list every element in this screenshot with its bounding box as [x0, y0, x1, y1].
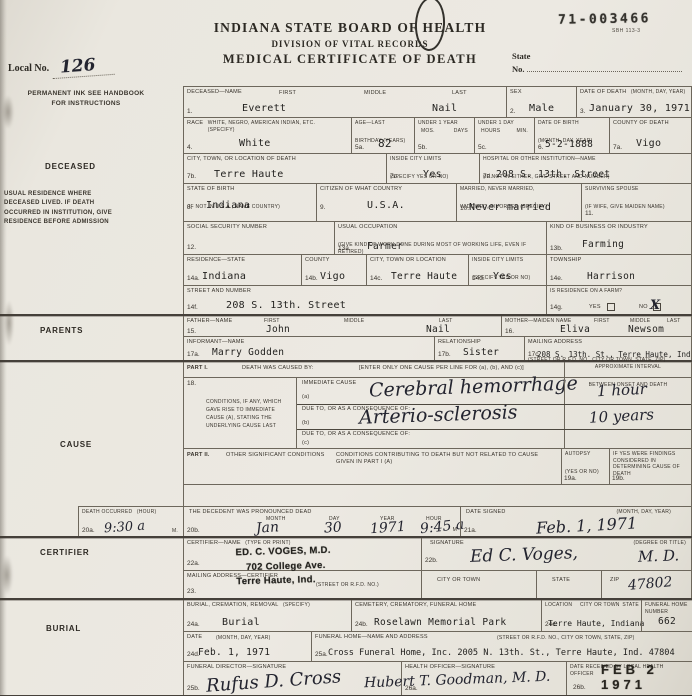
min-label: MIN. [516, 128, 528, 135]
field-num: 14g. [550, 304, 563, 311]
middle-col-label: MIDDLE [364, 90, 386, 97]
last-col-label: LAST [667, 318, 681, 325]
field-num: 14a. [187, 275, 200, 282]
field-num: 24a. [187, 621, 200, 628]
res-city-label: CITY, TOWN OR LOCATION [370, 257, 446, 264]
age-label: AGE—LAST [355, 120, 385, 127]
field-num: 7a. [613, 144, 622, 151]
cause-b-handwriting: Arterio-sclerosis [359, 401, 518, 429]
last-col-label: LAST [452, 90, 467, 97]
industry-label: KIND OF BUSINESS OR INDUSTRY [550, 224, 648, 231]
field-date-of-birth: DATE OF BIRTH (MONTH, DAY, YEAR) 6. 5-2-… [534, 118, 609, 153]
field-burial-location: LOCATION CITY OR TOWN STATE 24c. Terre H… [541, 600, 641, 631]
informant-label: INFORMANT—NAME [187, 339, 245, 346]
field-cemetery: CEMETERY, CREMATORY, FUNERAL HOME 24b. R… [351, 600, 541, 631]
field-num: 9. [320, 204, 325, 211]
father-last-value: Nail [426, 324, 450, 335]
field-race: RACE WHITE, NEGRO, AMERICAN INDIAN, ETC.… [184, 118, 351, 153]
certifier-address-stamp: ED. C. VOGES, M.D. 702 College Ave. Terr… [235, 544, 331, 591]
field-num: 8. [187, 204, 192, 211]
location-city-label: CITY OR TOWN [580, 602, 620, 609]
deceased-fields: DECEASED—NAME FIRST MIDDLE LAST 1. Evere… [183, 86, 692, 314]
row-residence: RESIDENCE—STATE 14a. Indiana COUNTY 14b.… [184, 254, 691, 285]
inside-city-label: INSIDE CITY LIMITS [390, 156, 441, 163]
middle-col-label: MIDDLE [344, 318, 364, 325]
spouse-label: SURVIVING SPOUSE [585, 186, 639, 193]
field-township: TOWNSHIP 14e. Harrison [546, 255, 691, 285]
margin-parents: PARENTS [0, 316, 183, 360]
field-num: 15. [187, 328, 196, 335]
part2-label: PART II. [187, 452, 210, 459]
cause-b-cell: DUE TO, OR AS A CONSEQUENCE OF: (b) Arte… [297, 405, 564, 430]
field-funeral-home: FUNERAL HOME—NAME AND ADDRESS (STREET OR… [311, 632, 692, 661]
field-inside-city-limits: INSIDE CITY LIMITS (SPECIFY YES OR NO) 7… [386, 154, 479, 183]
section-deceased: PERMANENT INK SEE HANDBOOK FOR INSTRUCTI… [0, 86, 692, 314]
field-deceased-name: DECEASED—NAME FIRST MIDDLE LAST 1. Evere… [184, 87, 506, 117]
pronounced-dead-label: THE DECEDENT WAS PRONOUNCED DEAD [189, 509, 312, 516]
burial-type-label2: (SPECIFY) [283, 602, 310, 609]
part2-note: CONDITIONS CONTRIBUTING TO DEATH BUT NOT… [336, 452, 546, 466]
cause-conditions-cell: 18. CONDITIONS, IF ANY, WHICH GAVE RISE … [184, 378, 296, 448]
field-num: 19b. [612, 475, 625, 482]
marital-label: MARRIED, NEVER MARRIED, [460, 186, 535, 193]
mailing-value: 208 S. 13th. St., Terre Haute, Ind. [537, 350, 692, 359]
margin-label-burial: BURIAL [46, 624, 81, 633]
cause-a-cell: IMMEDIATE CAUSE (a) Cerebral hemorrhage [297, 378, 564, 404]
year-handwriting: 1971 [369, 519, 406, 537]
field-pronounced-dead: THE DECEDENT WAS PRONOUNCED DEAD 20b. MO… [183, 506, 460, 536]
state-birth-label: STATE OF BIRTH [187, 186, 235, 193]
cause-line-c: DUE TO, OR AS A CONSEQUENCE OF: (c) [297, 430, 691, 448]
day-handwriting: 30 [323, 519, 342, 536]
cause-line-b: DUE TO, OR AS A CONSEQUENCE OF: (b) Arte… [297, 405, 691, 431]
local-no-value: 126 [51, 54, 114, 79]
field-num: 14f. [187, 304, 198, 311]
cemetery-value: Roselawn Memorial Park [374, 617, 506, 628]
field-mother-name: MOTHER—MAIDEN NAME FIRST MIDDLE LAST 16.… [501, 316, 691, 336]
first-col-label: FIRST [279, 90, 296, 97]
zip-handwriting: 47802 [627, 574, 673, 594]
dob-value: 5-2-1888 [545, 139, 593, 150]
row-street-farm: STREET AND NUMBER 14f. 208 S. 13th. Stre… [184, 285, 691, 314]
permanent-ink-note: PERMANENT INK SEE HANDBOOK FOR INSTRUCTI… [22, 89, 150, 109]
margin-burial: BURIAL [0, 600, 183, 695]
field-health-officer: HEALTH OFFICER—SIGNATURE 26a. Hubert T. … [401, 662, 566, 695]
margin-label-cause: CAUSE [60, 440, 92, 449]
field-part2: PART II. OTHER SIGNIFICANT CONDITIONS CO… [184, 449, 561, 484]
meridiem-label: M. [172, 528, 178, 535]
degree-handwriting: M. D. [638, 546, 680, 565]
field-marital-status: MARRIED, NEVER MARRIED, WIDOWED, DIVORCE… [456, 184, 581, 221]
line-b-label: (b) [302, 420, 309, 427]
mother-first-value: Eliva [560, 324, 590, 335]
occupation-label: USUAL OCCUPATION [338, 224, 398, 231]
local-no-label: Local No. [8, 63, 49, 74]
field-informant-mailing: MAILING ADDRESS (STREET OR R.F.D. NO., C… [524, 337, 691, 360]
burial-date-label: DATE [187, 634, 202, 641]
row-ssn-occupation: SOCIAL SECURITY NUMBER 12. USUAL OCCUPAT… [184, 221, 691, 254]
field-surviving-spouse: SURVIVING SPOUSE (IF WIFE, GIVE MAIDEN N… [581, 184, 691, 221]
citizen-value: U.S.A. [367, 200, 405, 211]
burial-type-label: BURIAL, CREMATION, REMOVAL [187, 602, 279, 609]
certificate-number-stamp: 71-003466 [558, 11, 651, 28]
row-signatures: FUNERAL DIRECTOR—SIGNATURE 25b. Rufus D.… [184, 661, 692, 695]
relationship-value: Sister [463, 347, 499, 358]
farm-yes-label: YES [589, 304, 601, 311]
first-name-value: Everett [242, 103, 286, 114]
funeral-home-number-value: 662 [658, 616, 676, 627]
part1-label: PART I. [187, 365, 208, 372]
field-certifier-city: CITY OR TOWN [421, 571, 536, 598]
field-num: 24b. [355, 621, 368, 628]
part2-title: OTHER SIGNIFICANT CONDITIONS [226, 452, 325, 459]
division-title: DIVISION OF VITAL RECORDS [175, 39, 525, 49]
row-birth-citizen-marital: STATE OF BIRTH (IF NOT IN U.S.A., NAME C… [184, 183, 691, 221]
inside-city-value: Yes [423, 169, 442, 180]
field-citizen: CITIZEN OF WHAT COUNTRY 9. U.S.A. [316, 184, 456, 221]
field-occupation: USUAL OCCUPATION (GIVE KIND OF WORK DONE… [334, 222, 546, 254]
race-value: White [239, 138, 271, 149]
hours-label: HOURS [481, 128, 500, 135]
row-father-mother: FATHER—NAME FIRST MIDDLE LAST 15. John N… [184, 316, 691, 336]
field-num: 22a. [187, 560, 200, 567]
margin-label-certifier: CERTIFIER [40, 548, 89, 557]
row-city-of-death: CITY, TOWN, OR LOCATION OF DEATH 7b. Ter… [184, 153, 691, 183]
city-death-label: CITY, TOWN, OR LOCATION OF DEATH [187, 156, 296, 163]
township-label: TOWNSHIP [550, 257, 582, 264]
field-under-1-year: UNDER 1 YEAR MOS. DAYS 5b. [414, 118, 474, 153]
county-death-label: COUNTY OF DEATH [613, 120, 669, 127]
form-code: SBH 113-3 [612, 28, 641, 34]
field-num: 14c. [370, 275, 382, 282]
res-county-value: Vigo [320, 271, 345, 282]
field-num: 14e. [550, 275, 563, 282]
row-informant: INFORMANT—NAME 17a. Marry Godden RELATIO… [184, 336, 691, 360]
enter-note: [ENTER ONLY ONE CAUSE PER LINE FOR (a), … [359, 365, 524, 372]
farm-yes-checkbox [607, 303, 615, 311]
month-handwriting: Jan [255, 519, 279, 537]
race-label2: WHITE, NEGRO, AMERICAN INDIAN, ETC. (SPE… [208, 120, 326, 133]
farm-no-label: NO [639, 304, 648, 311]
date-signed-label: DATE SIGNED [466, 509, 506, 516]
caused-by-label: DEATH WAS CAUSED BY: [242, 365, 314, 372]
row-cause-lines: 18. CONDITIONS, IF ANY, WHICH GAVE RISE … [184, 377, 691, 448]
field-industry: KIND OF BUSINESS OR INDUSTRY 13b. Farmin… [546, 222, 691, 254]
mos-label: MOS. [421, 128, 435, 135]
field-num: 20a. [82, 527, 95, 534]
field-num: 25b. [187, 685, 200, 692]
funeral-home-label2: (STREET OR R.F.D. NO., CITY OR TOWN, STA… [497, 635, 635, 642]
cause-lines: IMMEDIATE CAUSE (a) Cerebral hemorrhage … [296, 378, 691, 448]
field-num: 17b. [438, 351, 451, 358]
margin-cause: CAUSE [0, 362, 183, 506]
under-year-label: UNDER 1 YEAR [418, 120, 458, 127]
hospital-label: HOSPITAL OR OTHER INSTITUTION—NAME [483, 156, 596, 163]
field-date-signed: DATE SIGNED (MONTH, DAY, YEAR) 21a. Feb.… [460, 506, 692, 536]
margin-label-parents: PARENTS [40, 326, 83, 335]
margin-certifier: CERTIFIER [0, 538, 183, 598]
res-state-label: RESIDENCE—STATE [187, 257, 245, 264]
mailing-label: MAILING ADDRESS [528, 339, 582, 346]
state-label: State [512, 51, 530, 61]
field-burial-type: BURIAL, CREMATION, REMOVAL (SPECIFY) 24a… [184, 600, 351, 631]
field-residence-inside-city: INSIDE CITY LIMITS (SPECIFY YES OR NO) 1… [468, 255, 546, 285]
field-num: 26b. [573, 684, 586, 691]
cause-fields: PART I. DEATH WAS CAUSED BY: [ENTER ONLY… [183, 362, 692, 506]
field-num: 14b. [305, 275, 318, 282]
field-date-of-death: DATE OF DEATH (MONTH, DAY, YEAR) 3. Janu… [576, 87, 691, 117]
field-burial-date: DATE (MONTH, DAY, YEAR) 24d. Feb. 1, 197… [184, 632, 311, 661]
field-informant: INFORMANT—NAME 17a. Marry Godden [184, 337, 434, 360]
stamp-line2: 702 College Ave. [246, 558, 331, 575]
location-label: LOCATION [545, 602, 572, 609]
local-no: Local No. 126 [8, 56, 113, 77]
field-num: 11. [585, 210, 594, 217]
funeral-home-number-label: FUNERAL HOME NUMBER [645, 602, 689, 615]
field-num: 18. [187, 380, 196, 387]
days-label: DAYS [454, 128, 468, 135]
health-officer-label: HEALTH OFFICER—SIGNATURE [405, 664, 495, 671]
ssn-label: SOCIAL SECURITY NUMBER [187, 224, 267, 231]
certifier-signature-handwriting: Ed C. Voges, [470, 543, 579, 567]
date-signed-handwriting: Feb. 1, 1971 [536, 513, 638, 537]
field-num: 23. [187, 588, 196, 595]
occupation-value: Farmer [367, 241, 403, 252]
marital-value: Never married [469, 202, 551, 213]
state-col-label: STATE [552, 577, 570, 584]
row-certifier-name: CERTIFIER—NAME (TYPE OR PRINT) 23. 22a. … [184, 538, 691, 570]
row-burial-type: BURIAL, CREMATION, REMOVAL (SPECIFY) 24a… [184, 600, 692, 631]
header-titles: INDIANA STATE BOARD OF HEALTH DIVISION O… [175, 20, 525, 67]
field-certifier-signature: SIGNATURE (DEGREE OR TITLE) 22b. Ed C. V… [421, 538, 691, 570]
field-num: 17a. [187, 351, 200, 358]
field-ssn: SOCIAL SECURITY NUMBER 12. [184, 222, 334, 254]
signature-label: SIGNATURE [430, 540, 464, 547]
field-num: 2. [510, 108, 515, 115]
field-num: 3. [580, 108, 585, 115]
burial-date-label2: (MONTH, DAY, YEAR) [216, 635, 271, 642]
interval-c-cell [564, 430, 691, 448]
certifier-fields: CERTIFIER—NAME (TYPE OR PRINT) 23. 22a. … [183, 538, 692, 598]
interval-a-handwriting: 1 hour [597, 380, 648, 401]
street-label: STREET AND NUMBER [187, 288, 251, 295]
field-certifier-zip: ZIP 47802 [601, 571, 691, 598]
field-num: 7b. [187, 173, 196, 180]
father-label: FATHER—NAME [187, 318, 232, 325]
findings-label: IF YES WERE FINDINGS CONSIDERED IN DETER… [613, 451, 687, 477]
industry-value: Farming [582, 239, 624, 250]
informant-value: Marry Godden [212, 347, 284, 358]
certifier-name-label: CERTIFIER—NAME [187, 540, 241, 547]
city-death-value: Terre Haute [214, 169, 284, 180]
cause-line-a: IMMEDIATE CAUSE (a) Cerebral hemorrhage … [297, 378, 691, 405]
section-cause: CAUSE PART I. DEATH WAS CAUSED BY: [ENTE… [0, 362, 692, 506]
field-num: 25a. [315, 651, 328, 658]
hour-paren-label: (HOUR) [137, 509, 157, 516]
cause-c-cell: DUE TO, OR AS A CONSEQUENCE OF: (c) [297, 430, 564, 448]
conditions-note: CONDITIONS, IF ANY, WHICH GAVE RISE TO I… [206, 398, 286, 430]
interval-a-cell: 1 hour [564, 378, 691, 404]
deceased-name-label: DECEASED—NAME [187, 89, 242, 96]
field-num: 21a. [464, 527, 477, 534]
state-birth-value: Indiana [206, 200, 250, 211]
field-state-of-birth: STATE OF BIRTH (IF NOT IN U.S.A., NAME C… [184, 184, 316, 221]
father-first-value: John [266, 324, 290, 335]
funeral-home-label: FUNERAL HOME—NAME AND ADDRESS [315, 634, 428, 641]
hospital-value: 208 S. 13th. Street [496, 169, 610, 180]
dod-value: January 30, 1971 [589, 103, 690, 114]
interval-b-handwriting: 10 years [589, 405, 655, 426]
field-residence-county: COUNTY 14b. Vigo [301, 255, 366, 285]
under-day-label: UNDER 1 DAY [478, 120, 514, 127]
sex-value: Male [529, 103, 554, 114]
field-county-of-death: COUNTY OF DEATH 7a. Vigo [609, 118, 691, 153]
interval-b-cell: 10 years [564, 405, 691, 430]
field-num: 20b. [187, 527, 200, 534]
interval-header: APPROXIMATE INTERVAL BETWEEN ONSET AND D… [564, 362, 691, 377]
field-hospital: HOSPITAL OR OTHER INSTITUTION—NAME (IF N… [479, 154, 691, 183]
field-under-1-day: UNDER 1 DAY HOURS MIN. 5c. [474, 118, 534, 153]
row-name-sex-death: DECEASED—NAME FIRST MIDDLE LAST 1. Evere… [184, 87, 691, 117]
street-value: 208 S. 13th. Street [226, 300, 346, 311]
field-funeral-home-number: FUNERAL HOME NUMBER 662 [641, 600, 692, 631]
field-sex: SEX 2. Male [506, 87, 576, 117]
due-to-label: DUE TO, OR AS A CONSEQUENCE OF: [302, 431, 410, 438]
death-occurred-label: DEATH OCCURRED [82, 509, 132, 516]
row-burial-date-home: DATE (MONTH, DAY, YEAR) 24d. Feb. 1, 197… [184, 631, 692, 661]
funeral-home-value: Cross Funeral Home, Inc. 2005 N. 13th. S… [328, 648, 675, 658]
stamp-line3: Terre Haute, Ind. [236, 573, 331, 590]
field-num: 7c. [390, 173, 399, 180]
usual-residence-note: USUAL RESIDENCE WHERE DECEASED LIVED. IF… [4, 190, 114, 227]
immediate-cause-label: IMMEDIATE CAUSE [302, 380, 356, 387]
field-num: 19a. [564, 475, 577, 482]
burial-date-value: Feb. 1, 1971 [198, 647, 270, 658]
field-residence-state: RESIDENCE—STATE 14a. Indiana [184, 255, 301, 285]
field-autopsy-findings: IF YES WERE FINDINGS CONSIDERED IN DETER… [609, 449, 691, 484]
res-inside-value: Yes [493, 271, 512, 282]
cemetery-label: CEMETERY, CREMATORY, FUNERAL HOME [355, 602, 476, 609]
dod-label2: (MONTH, DAY, YEAR) [631, 89, 686, 96]
dod-label: DATE OF DEATH [580, 89, 626, 96]
field-certifier-state: STATE [536, 571, 601, 598]
field-num: 16. [505, 328, 514, 335]
field-num: 7d. [483, 173, 492, 180]
res-inside-label: INSIDE CITY LIMITS [472, 257, 523, 264]
mother-last-value: Newsom [628, 324, 664, 335]
city-or-town-label: CITY OR TOWN [437, 577, 480, 584]
row-blank [184, 484, 691, 506]
board-title: INDIANA STATE BOARD OF HEALTH [175, 20, 525, 36]
death-certificate-scan: Local No. 126 INDIANA STATE BOARD OF HEA… [0, 0, 692, 696]
relationship-label: RELATIONSHIP [438, 339, 481, 346]
margin-label-deceased: DECEASED [45, 162, 96, 171]
interval-header1: APPROXIMATE INTERVAL [595, 364, 661, 371]
citizen-label: CITIZEN OF WHAT COUNTRY [320, 186, 402, 193]
row-race-age-birth: RACE WHITE, NEGRO, AMERICAN INDIAN, ETC.… [184, 117, 691, 153]
burial-fields: BURIAL, CREMATION, REMOVAL (SPECIFY) 24a… [183, 600, 692, 695]
last-name-value: Nail [432, 103, 457, 114]
section-certifier: CERTIFIER CERTIFIER—NAME (TYPE OR PRINT)… [0, 538, 692, 598]
county-death-value: Vigo [636, 138, 661, 149]
line-a-label: (a) [302, 394, 309, 401]
death-hour-handwriting: 9:30 a [104, 519, 146, 537]
row-pronounced-dead: DEATH OCCURRED (HOUR) 20a. 9:30 a M. THE… [0, 506, 692, 536]
row-part2: PART II. OTHER SIGNIFICANT CONDITIONS CO… [184, 448, 691, 484]
field-relationship: RELATIONSHIP 17b. Sister [434, 337, 524, 360]
state-no-label: No. [512, 64, 525, 74]
location-state-label: STATE [622, 602, 639, 609]
field-num: 12. [187, 244, 196, 251]
hour-handwriting: 9:45 a [419, 517, 465, 538]
autopsy-label: AUTOPSY [565, 451, 591, 458]
township-value: Harrison [587, 271, 635, 282]
field-num: 6. [538, 144, 543, 151]
field-num: 5b. [418, 144, 427, 151]
field-num: 13b. [550, 245, 563, 252]
field-autopsy: AUTOPSY (YES OR NO) 19a. [561, 449, 609, 484]
res-county-label: COUNTY [305, 257, 330, 264]
field-num: 1. [187, 108, 192, 115]
section-parents: PARENTS FATHER—NAME FIRST MIDDLE LAST 15… [0, 316, 692, 360]
field-num: 22b. [425, 557, 438, 564]
field-num: 10. [460, 205, 469, 212]
first-col-label: FIRST [594, 318, 610, 325]
row-cause-header: PART I. DEATH WAS CAUSED BY: [ENTER ONLY… [184, 362, 691, 377]
race-label: RACE [187, 120, 203, 127]
farm-no-x-mark: X [650, 298, 660, 313]
location-value: Terre Haute, Indiana [548, 619, 644, 628]
field-num: 5a. [355, 144, 364, 151]
spouse-label2: (IF WIFE, GIVE MAIDEN NAME) [585, 204, 665, 211]
field-certifier-name: CERTIFIER—NAME (TYPE OR PRINT) 23. 22a. … [184, 538, 421, 570]
parents-fields: FATHER—NAME FIRST MIDDLE LAST 15. John N… [183, 316, 692, 360]
form-header: Local No. 126 INDIANA STATE BOARD OF HEA… [0, 0, 692, 86]
age-value: 82 [378, 137, 392, 150]
margin-deceased: PERMANENT INK SEE HANDBOOK FOR INSTRUCTI… [0, 86, 183, 314]
state-no-line [527, 64, 682, 72]
farm-label: IS RESIDENCE ON A FARM? [550, 288, 622, 295]
res-state-value: Indiana [202, 271, 246, 282]
date-received-stamp: FEB 2 1971 [601, 662, 692, 692]
sex-label: SEX [510, 89, 522, 96]
burial-type-value: Burial [222, 617, 260, 628]
row20-spacer [0, 506, 78, 536]
field-num: 13a. [338, 245, 351, 252]
res-city-value: Terre Haute [391, 271, 457, 282]
field-num: 14d. [472, 275, 485, 282]
field-father-name: FATHER—NAME FIRST MIDDLE LAST 15. John N… [184, 316, 501, 336]
field-num: 5c. [478, 144, 487, 151]
certificate-title: MEDICAL CERTIFICATE OF DEATH [175, 52, 525, 67]
field-street-number: STREET AND NUMBER 14f. 208 S. 13th. Stre… [184, 286, 546, 314]
field-death-occurred: DEATH OCCURRED (HOUR) 20a. 9:30 a M. [78, 506, 183, 536]
field-city-of-death: CITY, TOWN, OR LOCATION OF DEATH 7b. Ter… [184, 154, 386, 183]
line-c-label: (c) [302, 440, 309, 447]
field-date-received: DATE RECEIVED BY LOCAL HEALTH OFFICER 26… [566, 662, 692, 695]
zip-label: ZIP [610, 577, 619, 584]
field-age: AGE—LAST BIRTHDAY (YEARS) 5a. 82 [351, 118, 414, 153]
field-num: 4. [187, 144, 192, 151]
field-residence-on-farm: IS RESIDENCE ON A FARM? 14g. YES NO X [546, 286, 691, 314]
meridiem-label: M [453, 527, 457, 534]
section-burial: BURIAL BURIAL, CREMATION, REMOVAL (SPECI… [0, 600, 692, 695]
dob-label: DATE OF BIRTH [538, 120, 579, 127]
state-no: State No. [512, 50, 682, 76]
field-residence-city: CITY, TOWN OR LOCATION 14c. Terre Haute [366, 255, 468, 285]
